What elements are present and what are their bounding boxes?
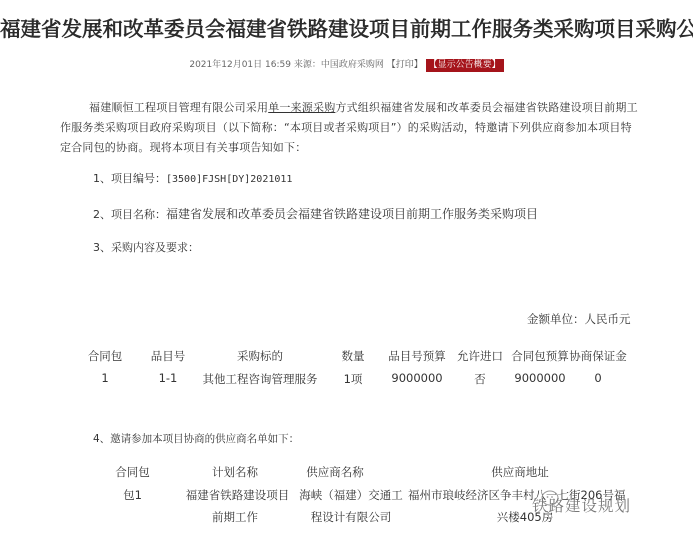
header-package: 合同包 xyxy=(85,348,125,364)
cell-supplier-name-line2: 程设计有限公司 xyxy=(296,509,406,525)
header-supplier-name: 供应商名称 xyxy=(290,464,380,480)
article-meta: 2021年12月01日 16:59 来源：中国政府采购网 【打印】 【显示公告概… xyxy=(0,57,693,72)
cell-subject: 其他工程咨询管理服务 xyxy=(195,371,325,387)
print-link[interactable]: 【打印】 xyxy=(387,60,423,70)
article-title: 福建省发展和改革委员会福建省铁路建设项目前期工作服务类采购项目采购公告 xyxy=(0,12,693,42)
header-item-budget: 品目号预算 xyxy=(382,348,452,364)
currency-unit: 金额单位：人民币元 xyxy=(527,311,631,327)
watermark-text: 铁路建设规划 xyxy=(532,494,631,516)
procurement-method: 单一来源采购 xyxy=(268,101,335,114)
intro-paragraph: 福建顺恒工程项目管理有限公司采用单一来源采购方式组织福建省发展和改革委员会福建省… xyxy=(60,98,640,158)
cell-item-budget: 9000000 xyxy=(382,371,452,385)
project-number-line: 1、项目编号：[3500]FJSH[DY]2021011 xyxy=(93,170,292,186)
cell-item-no: 1-1 xyxy=(148,371,188,385)
procurement-content-label: 3、采购内容及要求： xyxy=(93,239,199,255)
header-quantity: 数量 xyxy=(333,348,373,364)
suppliers-label: 4、邀请参加本项目协商的供应商名单如下： xyxy=(93,431,299,446)
show-summary-button[interactable]: 【显示公告概要】 xyxy=(426,59,504,72)
cell-quantity: 1项 xyxy=(333,371,373,387)
cell-package-budget: 9000000 xyxy=(505,371,575,385)
cell-import-allowed: 否 xyxy=(450,371,510,387)
project-name-label: 2、项目名称： xyxy=(93,208,166,221)
cell-package: 包1 xyxy=(110,487,155,503)
cell-supplier-name-line1: 海峡（福建）交通工 xyxy=(296,487,406,503)
project-number: [3500]FJSH[DY]2021011 xyxy=(166,174,292,185)
intro-text-1: 福建顺恒工程项目管理有限公司采用 xyxy=(89,101,268,114)
cell-plan-name-line2: 前期工作 xyxy=(190,509,280,525)
header-deposit: 协商保证金 xyxy=(568,348,628,364)
header-package: 合同包 xyxy=(110,464,155,480)
header-package-budget: 合同包预算 xyxy=(505,348,575,364)
cell-package: 1 xyxy=(85,371,125,385)
header-item-no: 品目号 xyxy=(148,348,188,364)
project-name: 福建省发展和改革委员会福建省铁路建设项目前期工作服务类采购项目 xyxy=(166,207,538,221)
publish-datetime: 2021年12月01日 16:59 xyxy=(189,60,291,70)
header-import-allowed: 允许进口 xyxy=(450,348,510,364)
source-label: 来源： xyxy=(294,60,321,70)
header-supplier-address: 供应商地址 xyxy=(470,464,570,480)
header-subject: 采购标的 xyxy=(215,348,305,364)
project-name-line: 2、项目名称：福建省发展和改革委员会福建省铁路建设项目前期工作服务类采购项目 xyxy=(93,205,538,222)
cell-plan-name-line1: 福建省铁路建设项目 xyxy=(180,487,295,503)
source-name: 中国政府采购网 xyxy=(321,60,384,70)
project-number-label: 1、项目编号： xyxy=(93,172,166,185)
cell-deposit: 0 xyxy=(568,371,628,385)
header-plan-name: 计划名称 xyxy=(195,464,275,480)
